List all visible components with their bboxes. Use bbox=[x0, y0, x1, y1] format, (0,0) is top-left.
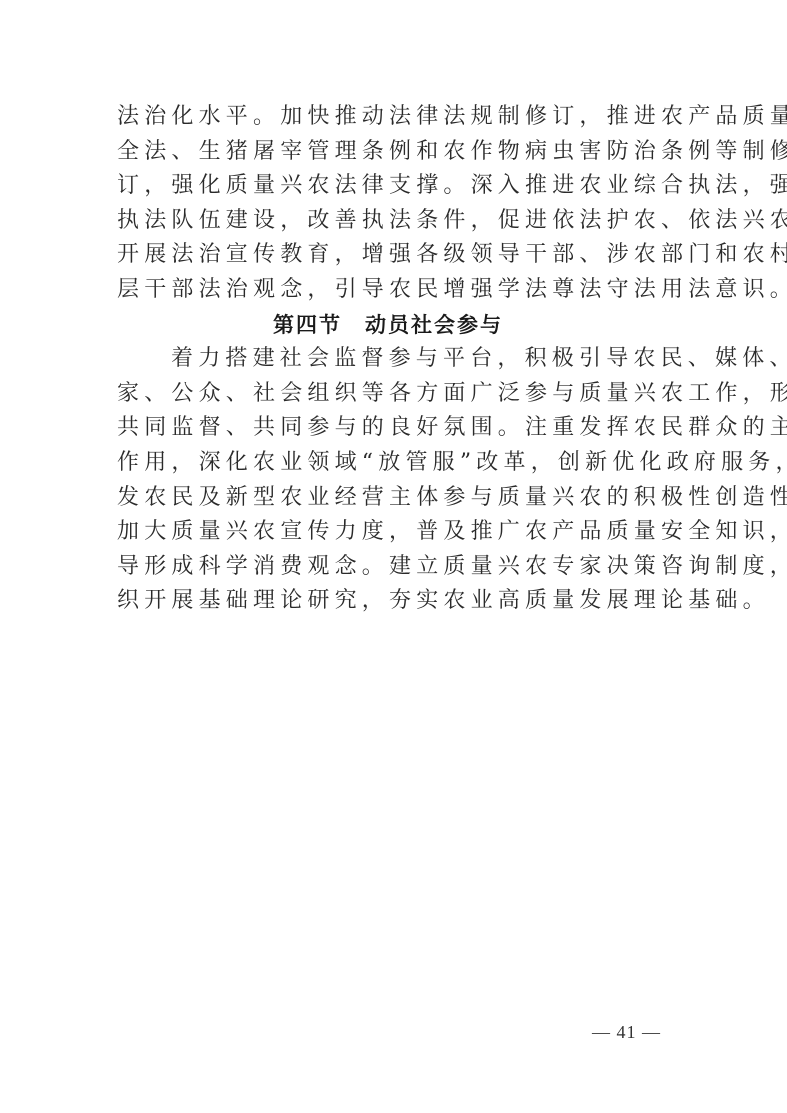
text-line: 导形成科学消费观念。建立质量兴农专家决策咨询制度，组 bbox=[117, 550, 669, 585]
text-line: 法治化水平。加快推动法律法规制修订，推进农产品质量安 bbox=[117, 100, 669, 135]
text-line: 开展法治宣传教育，增强各级领导干部、涉农部门和农村基 bbox=[117, 238, 669, 273]
text-line: 家、公众、社会组织等各方面广泛参与质量兴农工作，形成 bbox=[117, 377, 669, 412]
text-line: 加大质量兴农宣传力度，普及推广农产品质量安全知识，引 bbox=[117, 515, 669, 550]
text-line: 订，强化质量兴农法律支撑。深入推进农业综合执法，强化 bbox=[117, 169, 669, 204]
page-number: — 41 — bbox=[592, 1022, 661, 1043]
document-page: 法治化水平。加快推动法律法规制修订，推进农产品质量安 全法、生猪屠宰管理条例和农… bbox=[0, 0, 787, 1113]
text-line: 层干部法治观念，引导农民增强学法尊法守法用法意识。 bbox=[117, 273, 669, 308]
text-line: 作用，深化农业领域“放管服”改革，创新优化政府服务，激 bbox=[117, 446, 669, 481]
text-line: 织开展基础理论研究，夯实农业高质量发展理论基础。 bbox=[117, 584, 669, 619]
text-line: 执法队伍建设，改善执法条件，促进依法护农、依法兴农。 bbox=[117, 204, 669, 239]
text-line: 共同监督、共同参与的良好氛围。注重发挥农民群众的主体 bbox=[117, 411, 669, 446]
text-line: 发农民及新型农业经营主体参与质量兴农的积极性创造性。 bbox=[117, 481, 669, 516]
section-heading: 第四节 动员社会参与 bbox=[117, 308, 669, 343]
text-line: 全法、生猪屠宰管理条例和农作物病虫害防治条例等制修 bbox=[117, 135, 669, 170]
text-line: 着力搭建社会监督参与平台，积极引导农民、媒体、专 bbox=[117, 342, 669, 377]
body-text: 法治化水平。加快推动法律法规制修订，推进农产品质量安 全法、生猪屠宰管理条例和农… bbox=[117, 100, 669, 619]
